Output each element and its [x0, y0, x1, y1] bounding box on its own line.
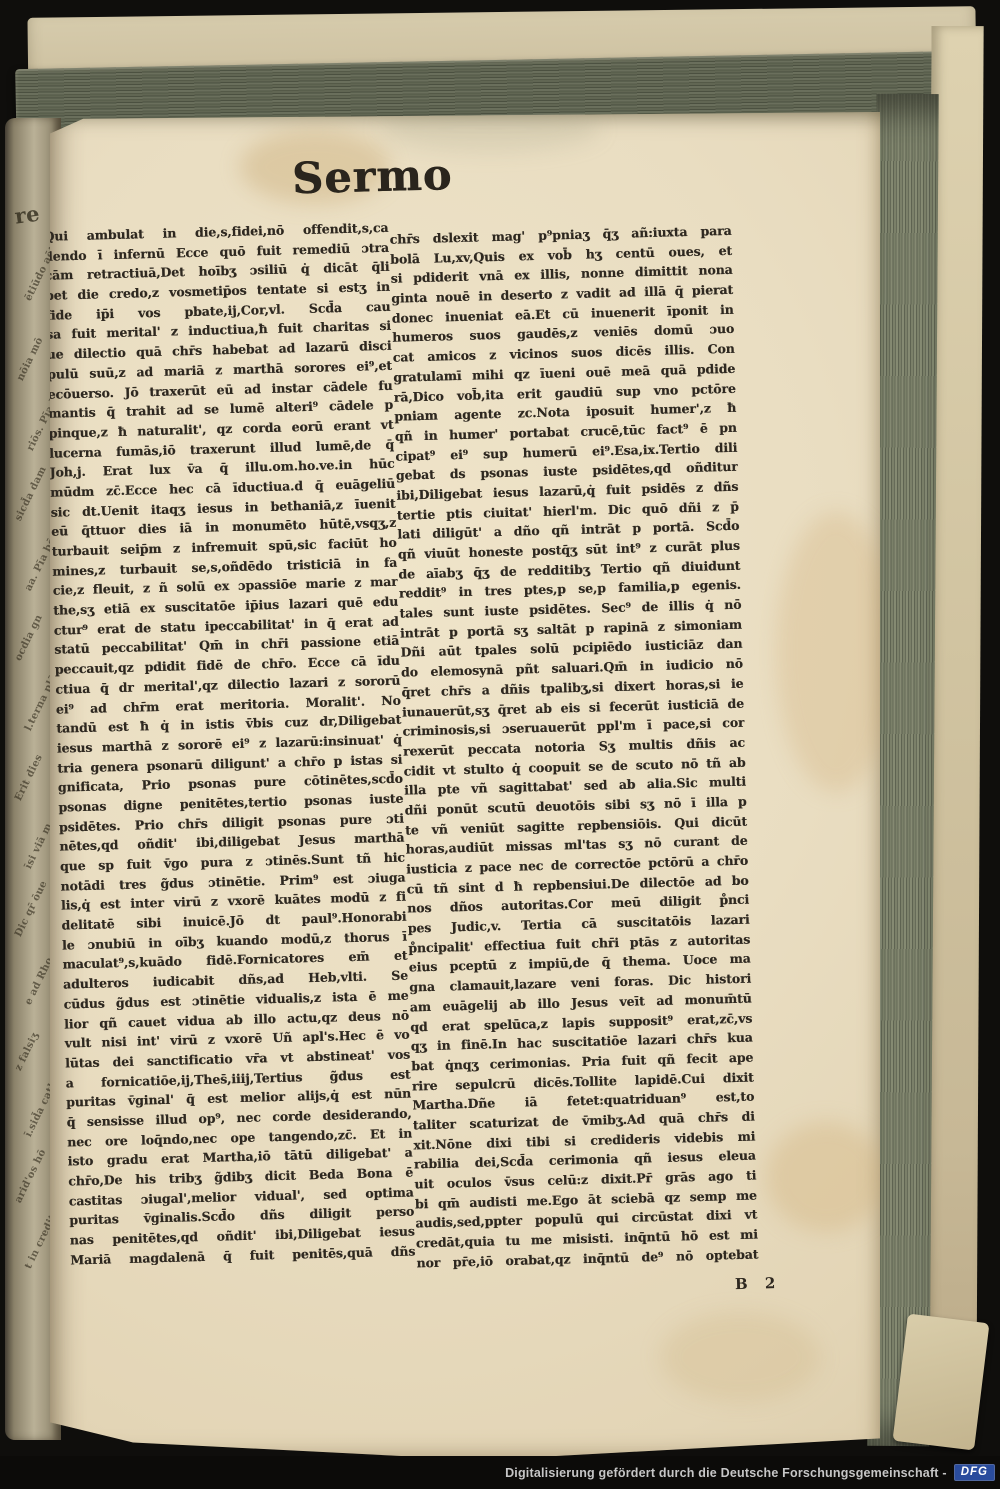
dfg-logo: DFG — [954, 1464, 995, 1481]
column-left: Qui ambulat in die,s,fidei,nō offendit,s… — [43, 218, 415, 1270]
curl-text-fragment: z falsiʒ — [13, 1031, 41, 1073]
text-block: Sermo Qui ambulat in die,s,fidei,nō offe… — [32, 101, 897, 1470]
page-heading: Sermo — [291, 150, 453, 204]
column-right: chr̄s dslexit mag' p⁹pniaʒ q̄ʒ añ:iuxta … — [389, 221, 758, 1273]
digitized-book-scan: reētiūdo aētnōia mōriōs. Pīa bsicd̄a dam… — [0, 0, 1000, 1489]
curl-text-fragment: Erit dies — [13, 753, 45, 803]
digitization-credit-bar: Digitalisierung gefördert durch die Deut… — [0, 1456, 1000, 1489]
curl-text-fragment: sicd̄a dam — [13, 465, 49, 523]
curl-text-fragment: īsi viā m — [23, 821, 55, 870]
book-page: Sermo Qui ambulat in die,s,fidei,nō offe… — [50, 112, 880, 1460]
curl-text-fragment: Dic qr̄ ōue — [13, 879, 50, 939]
curl-text-fragment: nōia mō — [15, 336, 46, 383]
credit-caption: Digitalisierung gefördert durch die Deut… — [505, 1466, 947, 1480]
curl-text-fragment: arid'os hō — [13, 1148, 48, 1205]
curl-text-fragment: re — [13, 201, 41, 229]
quire-signature: B 2 — [703, 1273, 813, 1294]
curl-text-fragment: ocdia gn — [13, 613, 45, 663]
book-cover-flap — [893, 1313, 990, 1450]
